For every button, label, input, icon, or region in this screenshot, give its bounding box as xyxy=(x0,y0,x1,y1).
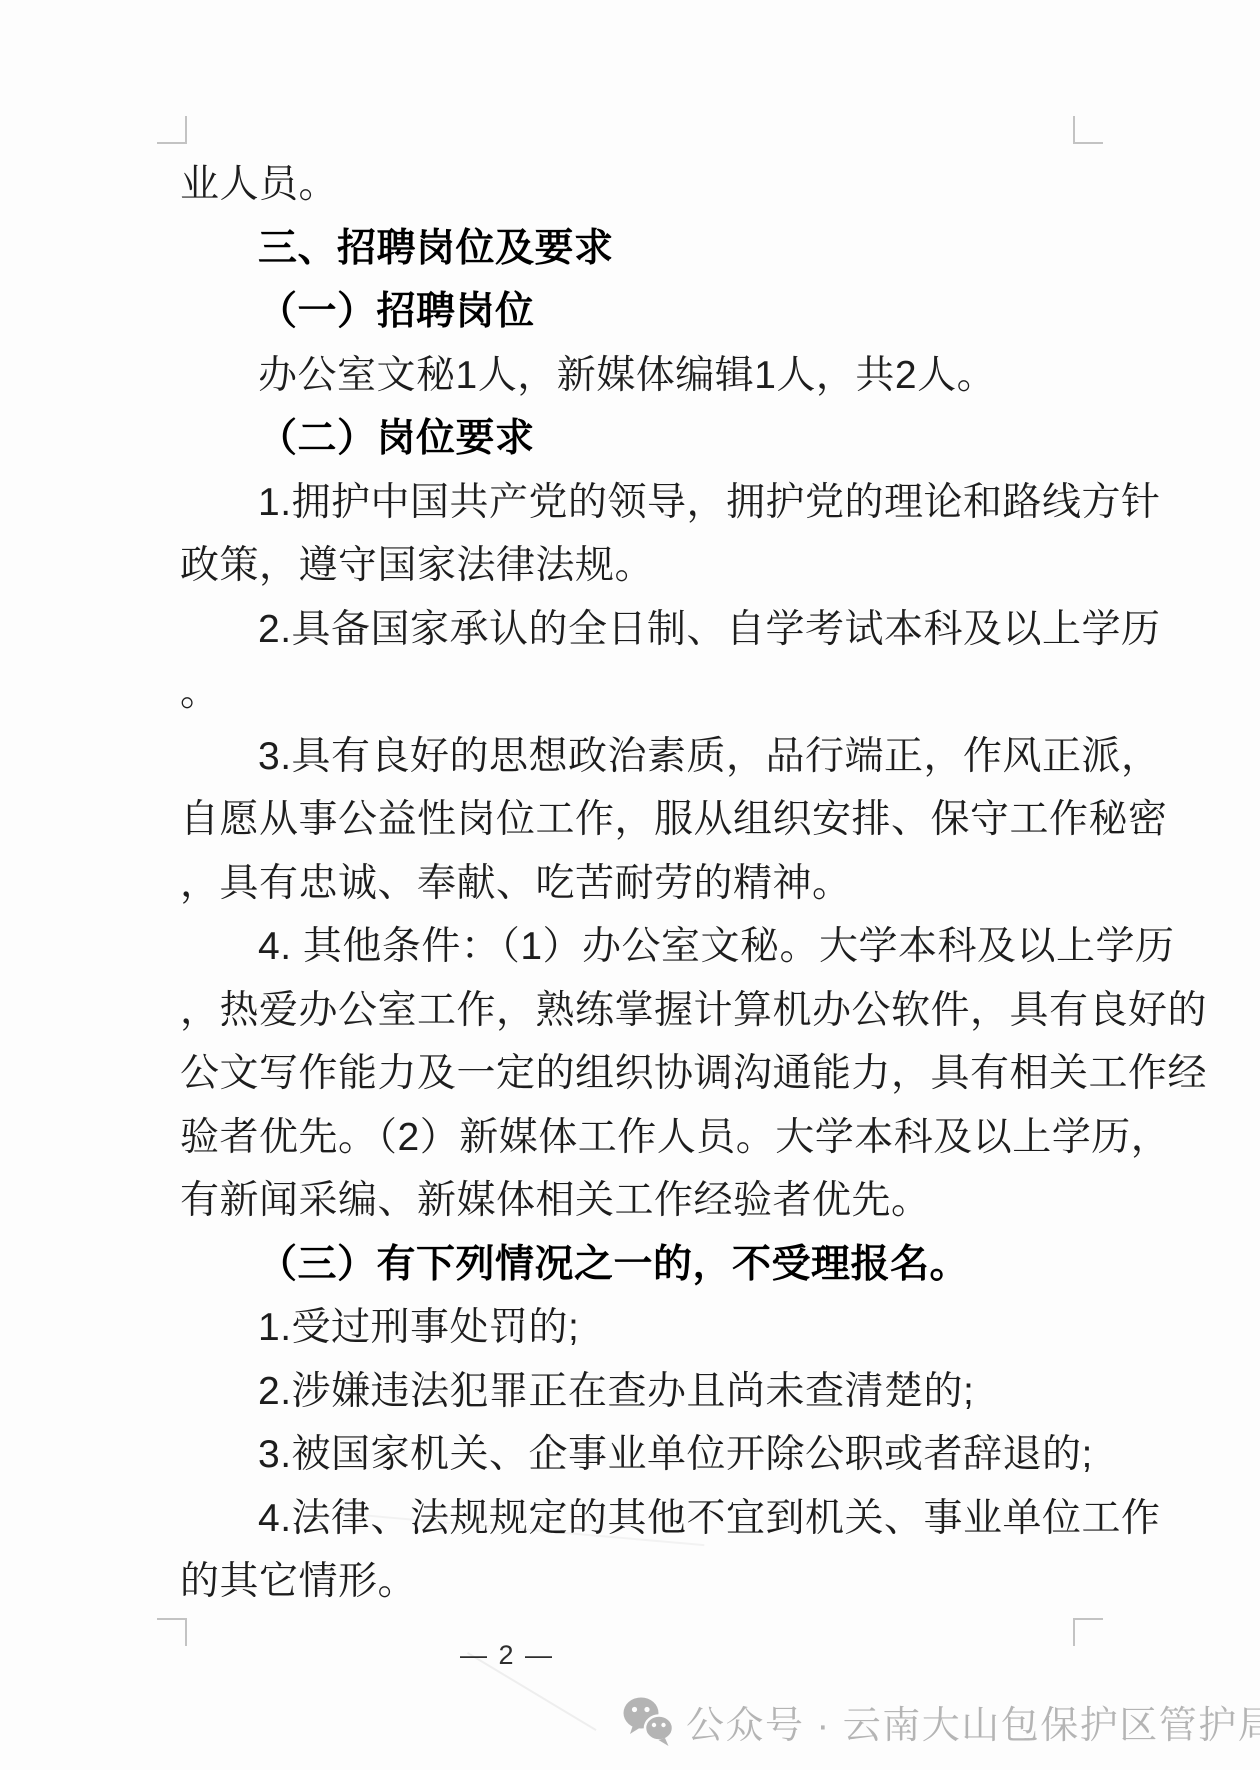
text-line: 2.涉嫌违法犯罪正在查办且尚未查清楚的; xyxy=(180,1360,1090,1424)
document-page: 业人员。三、招聘岗位及要求（一）招聘岗位办公室文秘1人，新媒体编辑1人，共2人。… xyxy=(0,0,1260,1770)
text-line: 自愿从事公益性岗位工作，服从组织安排、保守工作秘密 xyxy=(180,788,1090,852)
text-line: 验者优先。（2）新媒体工作人员。大学本科及以上学历， xyxy=(180,1106,1090,1170)
text-line: 公文写作能力及一定的组织协调沟通能力，具有相关工作经 xyxy=(180,1042,1090,1106)
text-line: 3.被国家机关、企事业单位开除公职或者辞退的; xyxy=(180,1423,1090,1487)
text-line: 1.拥护中国共产党的领导，拥护党的理论和路线方针 xyxy=(180,471,1090,535)
text-line: 业人员。 xyxy=(180,153,1090,217)
text-line: ，具有忠诚、奉献、吃苦耐劳的精神。 xyxy=(180,852,1090,916)
text-line: 1.受过刑事处罚的; xyxy=(180,1296,1090,1360)
print-area-corner-mark-top-left xyxy=(157,116,187,144)
text-line: 的其它情形。 xyxy=(180,1550,1090,1614)
text-line: 4. 其他条件：（1）办公室文秘。大学本科及以上学历 xyxy=(180,915,1090,979)
document-body-text: 业人员。三、招聘岗位及要求（一）招聘岗位办公室文秘1人，新媒体编辑1人，共2人。… xyxy=(180,153,1090,1614)
text-line: （一）招聘岗位 xyxy=(180,280,1090,344)
text-line: （三）有下列情况之一的，不受理报名。 xyxy=(180,1233,1090,1297)
watermark-text: 公众号 · 云南大山包保护区管护局 xyxy=(686,1694,1260,1749)
wechat-account-watermark: 公众号 · 云南大山包保护区管护局 xyxy=(620,1694,1260,1749)
text-line: （二）岗位要求 xyxy=(180,407,1090,471)
text-line: 办公室文秘1人，新媒体编辑1人，共2人。 xyxy=(180,344,1090,408)
text-line: 三、招聘岗位及要求 xyxy=(180,217,1090,281)
text-line: 4.法律、法规规定的其他不宜到机关、事业单位工作 xyxy=(180,1487,1090,1551)
print-area-corner-mark-bottom-right xyxy=(1073,1618,1103,1646)
text-line: 。 xyxy=(180,661,1090,725)
text-line: 2.具备国家承认的全日制、自学考试本科及以上学历 xyxy=(180,598,1090,662)
print-area-corner-mark-top-right xyxy=(1073,116,1103,144)
text-line: ，热爱办公室工作，熟练掌握计算机办公软件，具有良好的 xyxy=(180,979,1090,1043)
print-area-corner-mark-bottom-left xyxy=(157,1618,187,1646)
wechat-icon xyxy=(620,1696,676,1748)
text-line: 有新闻采编、新媒体相关工作经验者优先。 xyxy=(180,1169,1090,1233)
text-line: 政策，遵守国家法律法规。 xyxy=(180,534,1090,598)
text-line: 3.具有良好的思想政治素质，品行端正，作风正派， xyxy=(180,725,1090,789)
page-number: — 2 — xyxy=(447,1640,567,1671)
